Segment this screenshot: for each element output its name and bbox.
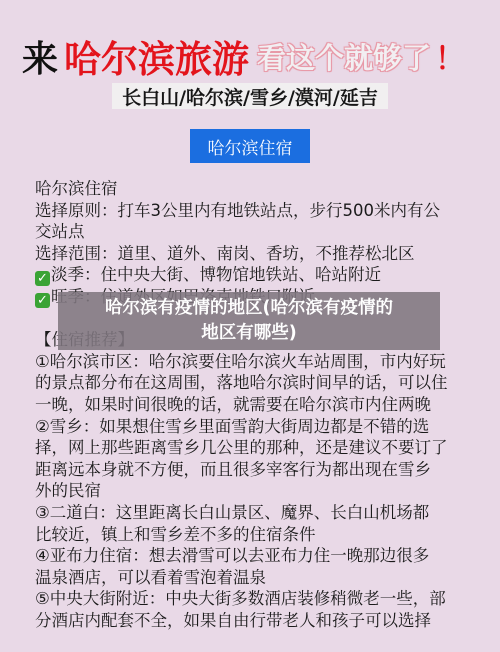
text-line: ⑤中央大街附近：中央大街多数酒店装修稍微老一些，部 [35, 588, 475, 610]
text-line: ①哈尔滨市区：哈尔滨要住哈尔滨火车站周围，市内好玩 [35, 351, 475, 373]
text-line-offseason: ✓淡季：住中央大街、博物馆地铁站、哈站附近 [35, 264, 475, 286]
text-line: 选择原则：打车3公里内有地铁站点，步行500米内有公 [35, 200, 475, 222]
caption-overlay: 哈尔滨有疫情的地区(哈尔滨有疫情的 地区有哪些) [58, 292, 440, 350]
title-prefix: 来 [22, 31, 58, 82]
caption-line-2: 地区有哪些) [58, 321, 440, 346]
checkmark-icon: ✓ [35, 293, 50, 308]
checkmark-icon: ✓ [35, 271, 50, 286]
text-line: 分酒店内配套不全，如果自由行带老人和孩子可以选择 [35, 610, 475, 632]
title-exclaim: ！ [435, 34, 465, 78]
text-line: ④亚布力住宿：想去滑雪可以去亚布力住一晚那边很多 [35, 545, 475, 567]
text-line: 的景点都分布在这周围，落地哈尔滨时间早的话，可以住 [35, 372, 475, 394]
title-highlight: 哈尔滨旅游 [64, 29, 249, 83]
text-line: 哈尔滨住宿 [35, 178, 475, 200]
text-line: 一晚，如果时间很晚的话，就需要在哈尔滨市内住两晚 [35, 394, 475, 416]
text-line: ③二道白：这里距离长白山景区、魔界、长白山机场都 [35, 502, 475, 524]
text-line: 距离远本身就不方便，而且很多宰客行为都出现在雪乡 [35, 459, 475, 481]
page-title: 来 哈尔滨旅游 看这个就够了 ！ [22, 33, 500, 79]
text-line: 比较近，镇上和雪乡差不多的住宿条件 [35, 524, 475, 546]
offseason-text: 淡季：住中央大街、博物馆地铁站、哈站附近 [51, 265, 381, 284]
destinations-subtitle: 长白山/哈尔滨/雪乡/漠河/延吉 [112, 83, 388, 109]
lodging-guide-text: 哈尔滨住宿 选择原则：打车3公里内有地铁站点，步行500米内有公 交站点 选择范… [35, 178, 475, 631]
text-line: 外的民宿 [35, 480, 475, 502]
text-line: ②雪乡：如果想住雪乡里面雪韵大街周边都是不错的选 [35, 416, 475, 438]
text-line: 温泉酒店，可以看着雪泡着温泉 [35, 567, 475, 589]
title-tagline: 看这个就够了 [257, 36, 431, 77]
text-line: 择，网上那些距离雪乡几公里的那种，还是建议不要订了 [35, 437, 475, 459]
text-line: 选择范围：道里、道外、南岗、香坊，不推荐松北区 [35, 243, 475, 265]
caption-line-1: 哈尔滨有疫情的地区(哈尔滨有疫情的 [58, 296, 440, 321]
section-harbin-lodging-button[interactable]: 哈尔滨住宿 [190, 129, 310, 163]
text-line: 交站点 [35, 221, 475, 243]
